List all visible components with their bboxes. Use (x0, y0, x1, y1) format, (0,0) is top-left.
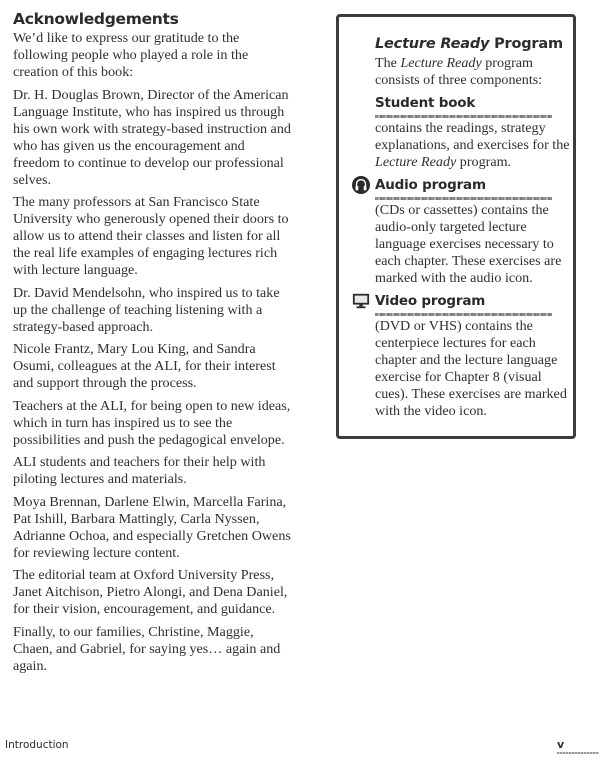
student-book-heading: Student book (375, 95, 570, 115)
ack-paragraph: The many professors at San Francisco Sta… (13, 194, 295, 279)
section-rule (375, 115, 552, 118)
footer-section-label: Introduction (5, 739, 69, 751)
headphones-icon (352, 176, 370, 194)
page-number: v (557, 738, 564, 751)
program-intro: The Lecture Ready program consists of th… (375, 55, 570, 89)
ack-paragraph: We’d like to express our gratitude to th… (13, 30, 295, 81)
ack-paragraph: Moya Brennan, Darlene Elwin, Marcella Fa… (13, 494, 295, 562)
video-program-text: (DVD or VHS) contains the centerpiece le… (375, 318, 570, 420)
ack-paragraph: The editorial team at Oxford University … (13, 567, 295, 618)
video-program-label: Video program (375, 293, 485, 309)
intro-pre: The (375, 55, 400, 71)
ack-paragraph: Finally, to our families, Christine, Mag… (13, 624, 295, 675)
monitor-icon (352, 292, 370, 310)
title-rest: Program (489, 36, 563, 52)
student-book-text: contains the readings, strategy explanat… (375, 120, 570, 171)
ack-paragraph: ALI students and teachers for their help… (13, 454, 295, 488)
section-rule (375, 313, 552, 316)
ack-paragraph: Teachers at the ALI, for being open to n… (13, 398, 295, 449)
audio-program-text: (CDs or cassettes) contains the audio-on… (375, 202, 570, 287)
audio-program-label: Audio program (375, 177, 486, 193)
audio-program-heading: Audio program (375, 177, 570, 197)
acknowledgements-column: Acknowledgements We’d like to express ou… (13, 10, 295, 680)
title-italic: Lecture Ready (375, 36, 489, 52)
ack-paragraph: Dr. David Mendelsohn, who inspired us to… (13, 285, 295, 336)
student-book-label: Student book (375, 95, 475, 111)
ack-paragraph: Nicole Frantz, Mary Lou King, and Sandra… (13, 341, 295, 392)
page-number-rule (557, 752, 599, 754)
intro-italic: Lecture Ready (400, 55, 481, 71)
program-box-title: Lecture Ready Program (375, 36, 570, 52)
ack-paragraph: Dr. H. Douglas Brown, Director of the Am… (13, 87, 295, 189)
acknowledgements-title: Acknowledgements (13, 10, 295, 28)
student-book-text-pre: contains the readings, strategy explanat… (375, 120, 570, 153)
student-book-text-post: program. (456, 154, 511, 170)
section-rule (375, 197, 552, 200)
student-book-text-italic: Lecture Ready (375, 154, 456, 170)
video-program-heading: Video program (375, 293, 570, 313)
program-sidebar-box: Lecture Ready Program The Lecture Ready … (336, 14, 576, 439)
